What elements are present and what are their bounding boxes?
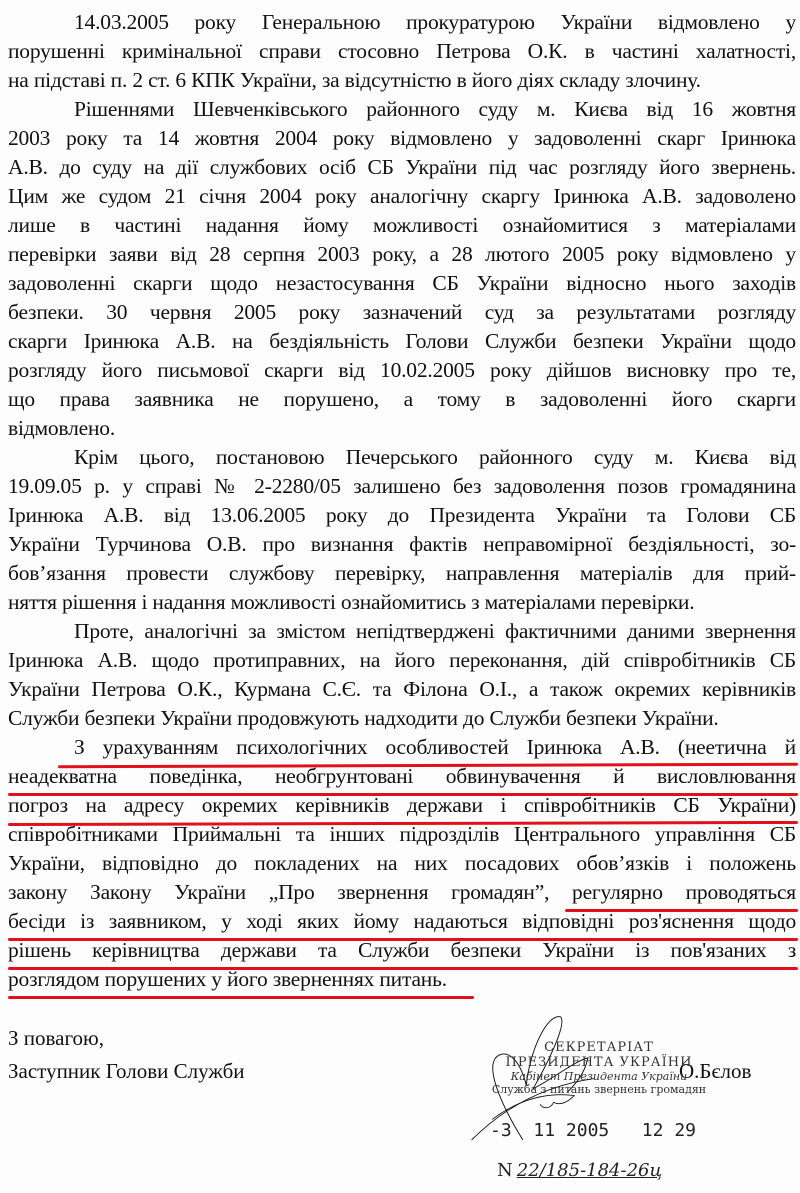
red-underline: [8, 793, 798, 796]
text-line: Цим же судом 21 січня 2004 року аналогіч…: [8, 182, 796, 211]
text-line-highlighted: З урахуванням психологічних особливостей…: [74, 733, 796, 762]
stamp-line-2: ПРЕЗИДЕНТА УКРАЇНИ: [474, 1055, 724, 1070]
text-line: скарги Іринюка А.В. на бездіяльність Гол…: [8, 327, 796, 356]
text-line: що права заявника не порушено, а тому в …: [8, 385, 796, 414]
secretariat-stamp: СЕКРЕТАРІАТ ПРЕЗИДЕНТА УКРАЇНИ Кабінет П…: [474, 1040, 724, 1096]
text-line: бов’язання провести службову перевірку, …: [8, 559, 796, 588]
text-line: Служби безпеки України продовжують надхо…: [8, 704, 796, 733]
red-underline: [8, 967, 798, 970]
signatory-title: Заступник Голови Служби: [8, 1058, 245, 1084]
text-line: порушенні кримінальної справи стосовно П…: [8, 37, 796, 66]
stamp-minute: 29: [674, 1120, 696, 1141]
text-line: Рішеннями Шевченківського районного суду…: [74, 95, 796, 124]
text-line: 14.03.2005 року Генеральною прокуратурою…: [74, 8, 796, 37]
text-line: няття рішення і надання можливості ознай…: [8, 588, 796, 617]
text-line: України Петрова О.К., Курмана С.Є. та Фі…: [8, 675, 796, 704]
stamp-year: 2005: [566, 1120, 609, 1141]
registration-handwritten-number: 22/185-184-26ц: [517, 1160, 662, 1181]
text-line: 19.09.05 р. у справі № 2-2280/05 залишен…: [8, 472, 796, 501]
stamp-month: 11: [533, 1120, 555, 1141]
stamp-hour: 12: [642, 1120, 664, 1141]
text-line: 2003 року та 14 жовтня 2004 року відмовл…: [8, 124, 796, 153]
stamp-day: -3: [490, 1120, 512, 1141]
text-line: перевірки заяви від 28 серпня 2003 року,…: [8, 240, 796, 269]
registration-number: N22/185-184-26ц: [497, 1160, 662, 1181]
text-line: відмовлено.: [8, 414, 796, 443]
text-line: Іринюка А.В. щодо протиправних, на його …: [8, 646, 796, 675]
closing-text: З повагою,: [8, 1025, 104, 1051]
text-line: розгляду його письмової скарги від 10.02…: [8, 356, 796, 385]
stamp-line-4: Служба з питань звернень громадян: [474, 1083, 724, 1096]
text-line: на підставі п. 2 ст. 6 КПК України, за в…: [8, 66, 796, 95]
text-line: закону Закону України „Про звернення гро…: [8, 878, 796, 907]
text-line: України, відповідно до покладених на них…: [8, 849, 796, 878]
red-underline: [8, 996, 474, 999]
red-underline: [565, 909, 798, 912]
received-date-stamp: -3 11 2005 12 29: [490, 1120, 696, 1141]
registration-prefix: N: [497, 1160, 513, 1181]
red-underline: [8, 938, 798, 941]
stamp-line-3: Кабінет Президента України: [474, 1070, 724, 1083]
text-line: Іринюка А.В. від 13.06.2005 року до През…: [8, 501, 796, 530]
text-line: України Турчинова О.В. про визнання факт…: [8, 530, 796, 559]
text-line: Проте, аналогічні за змістом непідтвердж…: [74, 617, 796, 646]
text-line: А.В. до суду на дії службових осіб СБ Ук…: [8, 153, 796, 182]
stamp-line-1: СЕКРЕТАРІАТ: [474, 1040, 724, 1055]
text-line: лише в частині надання йому можливості о…: [8, 211, 796, 240]
text-line: безпеки. 30 червня 2005 року зазначений …: [8, 298, 796, 327]
text-line: задоволенні скарги щодо незастосування С…: [8, 269, 796, 298]
scanned-letter-page: 14.03.2005 року Генеральною прокуратурою…: [0, 0, 800, 1193]
text-line: Крім цього, постановою Печерського район…: [74, 443, 796, 472]
